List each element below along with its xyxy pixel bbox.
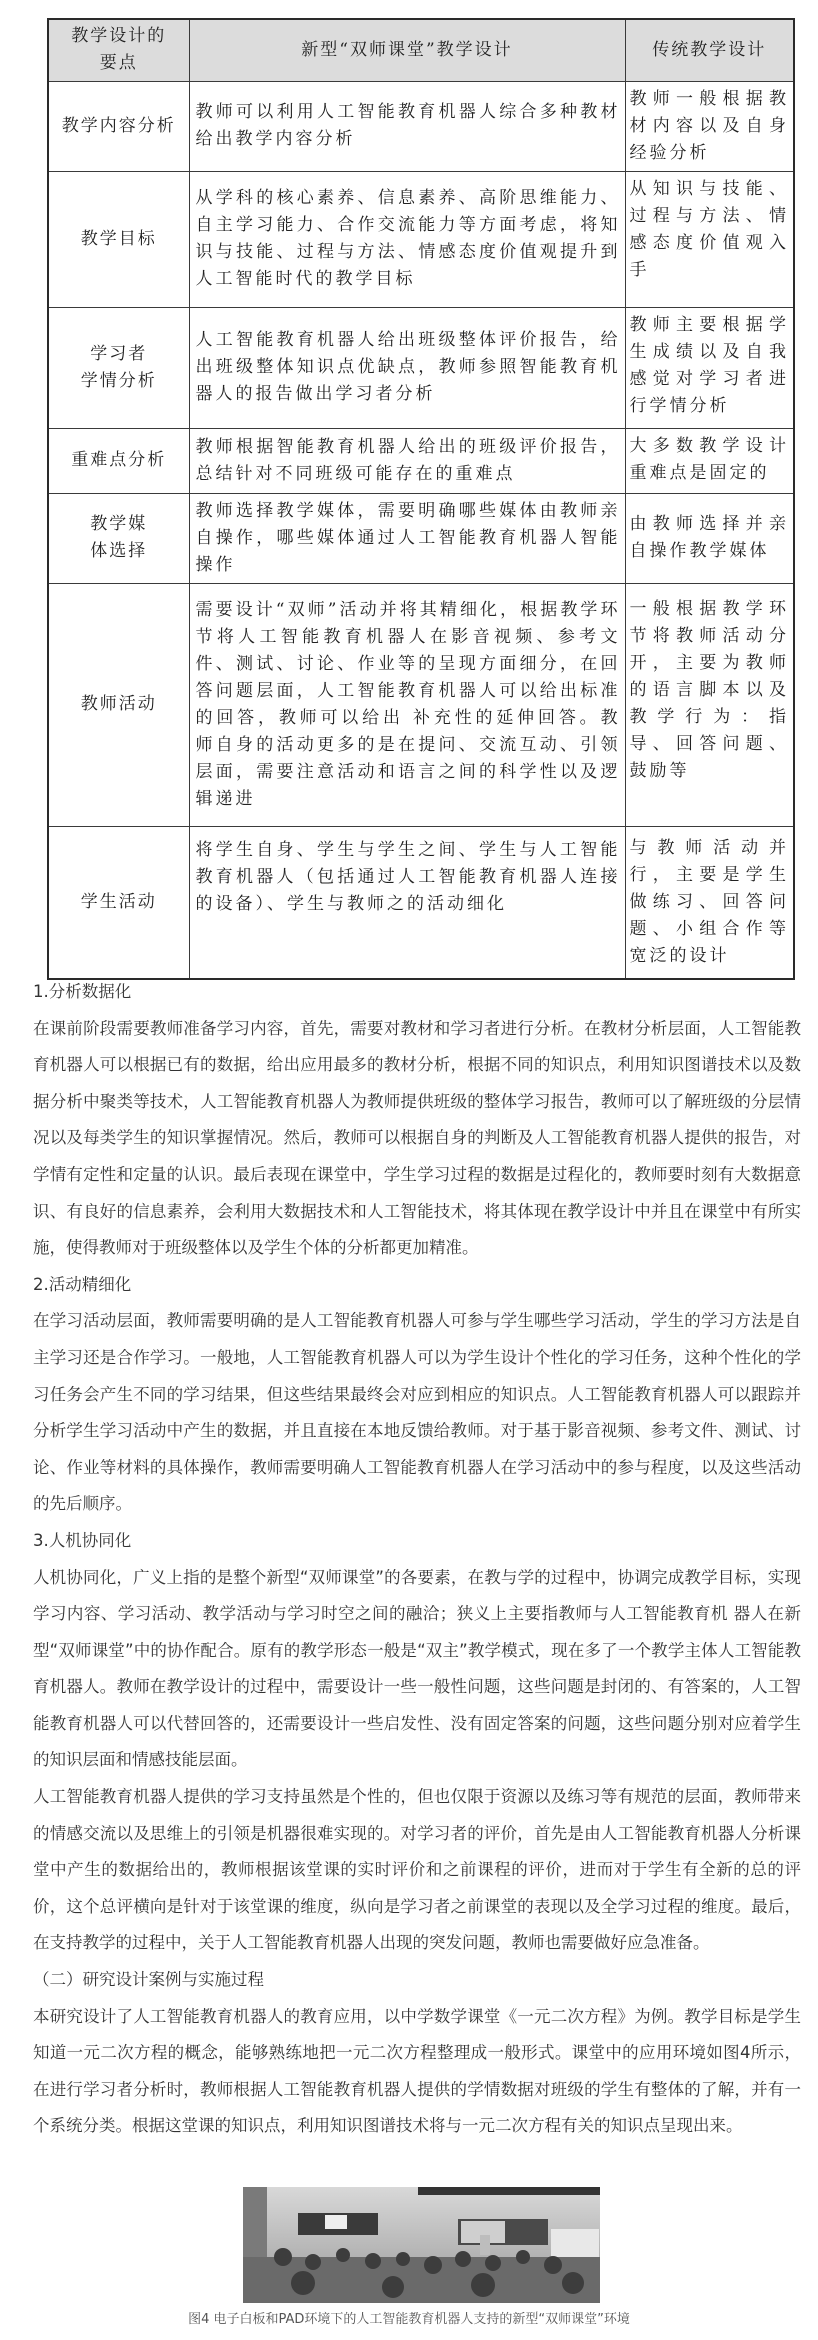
row-traditional: 大多数教学设计重难点是固定的 (625, 428, 794, 493)
table-row: 学生活动 将学生自身、学生与学生之间、学生与人工智能教育机器人（包括通过人工智能… (48, 826, 794, 979)
row-traditional: 一般根据教学环节将教师活动分开，主要为教师的语言脚本以及教学行为：指导、回答问题… (625, 583, 794, 826)
classroom-photo (243, 2187, 600, 2303)
table-row: 学习者 学情分析 人工智能教育机器人给出班级整体评价报告，给出班级整体知识点优缺… (48, 307, 794, 428)
row-point: 学生活动 (48, 826, 189, 979)
paragraph: 人机协同化，广义上指的是整个新型“双师课堂”的各要素，在教与学的过程中，协调完成… (33, 1560, 801, 1780)
table-row: 教师活动 需要设计“双师”活动并将其精细化，根据教学环节将人工智能教育机器人在影… (48, 583, 794, 826)
paragraph: 本研究设计了人工智能教育机器人的教育应用，以中学数学课堂《一元二次方程》为例。教… (33, 1999, 801, 2145)
classroom-photo-icon (243, 2187, 600, 2303)
row-point: 重难点分析 (48, 428, 189, 493)
paragraph: 在课前阶段需要教师准备学习内容，首先，需要对教材和学习者进行分析。在教材分析层面… (33, 1011, 801, 1267)
section-heading: 3.人机协同化 (33, 1523, 801, 1560)
row-point-line-2: 体选择 (90, 541, 147, 561)
row-traditional: 从知识与技能、过程与方法、情感态度价值观入手 (625, 171, 794, 307)
figure-caption: 图4 电子白板和PAD环境下的人工智能教育机器人支持的新型“双师课堂”环境 (0, 2308, 818, 2327)
row-new-design: 教师可以利用人工智能教育机器人综合多种教材给出教学内容分析 (189, 81, 625, 171)
row-point: 教师活动 (48, 583, 189, 826)
section-heading: 2.活动精细化 (33, 1267, 801, 1304)
row-traditional: 教师主要根据学生成绩以及自我感觉对学习者进行学情分析 (625, 307, 794, 428)
row-new-design: 教师根据智能教育机器人给出的班级评价报告，总结针对不同班级可能存在的重难点 (189, 428, 625, 493)
table-row: 教学目标 从学科的核心素养、信息素养、高阶思维能力、自主学习能力、合作交流能力等… (48, 171, 794, 307)
row-new-design: 教师选择教学媒体，需要明确哪些媒体由教师亲自操作，哪些媒体通过人工智能教育机器人… (189, 493, 625, 583)
table-row: 重难点分析 教师根据智能教育机器人给出的班级评价报告，总结针对不同班级可能存在的… (48, 428, 794, 493)
row-traditional: 与教师活动并行，主要是学生做练习、回答问题、小组合作等宽泛的设计 (625, 826, 794, 979)
section-heading: （二）研究设计案例与实施过程 (33, 1962, 801, 1999)
row-point: 教学内容分析 (48, 81, 189, 171)
table-row: 教学媒 体选择 教师选择教学媒体，需要明确哪些媒体由教师亲自操作，哪些媒体通过人… (48, 493, 794, 583)
row-new-design: 从学科的核心素养、信息素养、高阶思维能力、自主学习能力、合作交流能力等方面考虑，… (189, 171, 625, 307)
paragraph: 在学习活动层面，教师需要明确的是人工智能教育机器人可参与学生哪些学习活动，学生的… (33, 1303, 801, 1523)
row-new-design: 人工智能教育机器人给出班级整体评价报告，给出班级整体知识点优缺点，教师参照智能教… (189, 307, 625, 428)
section-heading: 1.分析数据化 (33, 974, 801, 1011)
row-new-design: 将学生自身、学生与学生之间、学生与人工智能教育机器人（包括通过人工智能教育机器人… (189, 826, 625, 979)
table-row: 教学内容分析 教师可以利用人工智能教育机器人综合多种教材给出教学内容分析 教师一… (48, 81, 794, 171)
row-traditional: 教师一般根据教材内容以及自身经验分析 (625, 81, 794, 171)
row-point-line-1: 学习者 (90, 344, 147, 364)
header-new-design: 新型“双师课堂”教学设计 (189, 19, 625, 81)
header-traditional: 传统教学设计 (625, 19, 794, 81)
row-point: 教学媒 体选择 (48, 493, 189, 583)
row-point-line-1: 教学媒 (90, 514, 147, 534)
paragraph: 人工智能教育机器人提供的学习支持虽然是个性的，但也仅限于资源以及练习等有规范的层… (33, 1779, 801, 1962)
row-point: 教学目标 (48, 171, 189, 307)
row-point-line-2: 学情分析 (81, 371, 157, 391)
comparison-table: 教学设计的 要点 新型“双师课堂”教学设计 传统教学设计 教学内容分析 教师可以… (47, 18, 795, 980)
row-point: 学习者 学情分析 (48, 307, 189, 428)
header-point: 教学设计的 要点 (48, 19, 189, 81)
header-point-line-1: 教学设计的 (71, 26, 166, 46)
row-traditional: 由教师选择并亲自操作教学媒体 (625, 493, 794, 583)
article-body: 1.分析数据化 在课前阶段需要教师准备学习内容，首先，需要对教材和学习者进行分析… (33, 974, 801, 2145)
header-point-line-2: 要点 (100, 53, 138, 73)
row-new-design: 需要设计“双师”活动并将其精细化，根据教学环节将人工智能教育机器人在影音视频、参… (189, 583, 625, 826)
table-header-row: 教学设计的 要点 新型“双师课堂”教学设计 传统教学设计 (48, 19, 794, 81)
